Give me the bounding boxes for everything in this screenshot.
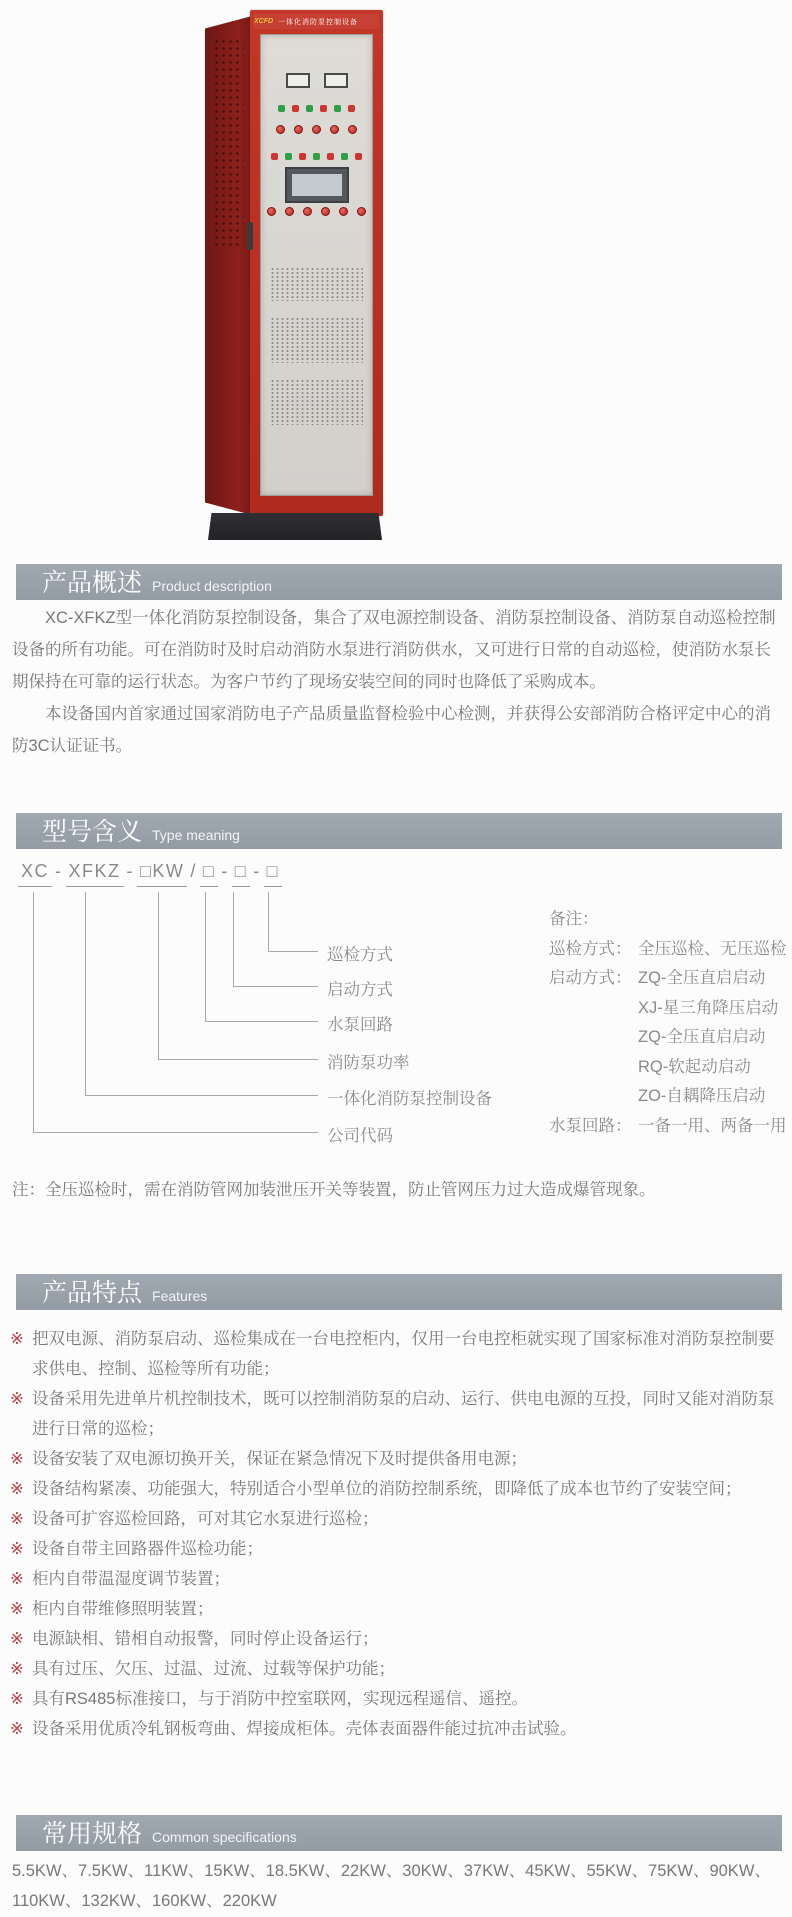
reference-mark-icon: ※ xyxy=(10,1324,24,1354)
remarks-row: 备注： xyxy=(549,905,787,935)
section-header-type-meaning: 型号含义 Type meaning xyxy=(16,813,782,849)
feature-item: ※设备可扩容巡检回路，可对其它水泵进行巡检； xyxy=(10,1504,784,1534)
specifications-text: 5.5KW、7.5KW、11KW、15KW、18.5KW、22KW、30KW、3… xyxy=(12,1856,786,1916)
section-title-cn: 产品特点 xyxy=(42,1277,142,1309)
remarks-value: ZQ-全压直启启动 xyxy=(638,1028,765,1046)
cabinet-base xyxy=(208,513,382,540)
model-code-separator: - xyxy=(52,861,66,882)
feature-item: ※设备采用优质冷轧钢板弯曲、焊接成柜体。壳体表面器件能过抗冲击试验。 xyxy=(10,1714,784,1744)
cabinet-title-text: 一体化消防泵控制设备 xyxy=(278,17,358,27)
diagram-connector-line xyxy=(33,892,318,1133)
remarks-label: 巡检方式： xyxy=(549,935,638,965)
remarks-row: 水泵回路：一备一用、两备一用 xyxy=(549,1112,787,1142)
diagram-label: 水泵回路 xyxy=(327,1011,393,1035)
indicator-lights-row xyxy=(261,153,372,160)
remarks-value: 全压巡检、无压巡检 xyxy=(638,940,787,958)
remarks-block: 备注： 巡检方式：全压巡检、无压巡检 启动方式：ZQ-全压直启启动 XJ-星三角… xyxy=(549,905,787,1141)
door-handle xyxy=(247,222,253,250)
model-code-separator: / xyxy=(187,861,200,882)
feature-text: 具有过压、欠压、过温、过流、过载等保护功能； xyxy=(32,1660,395,1678)
remarks-row: RQ-软起动启动 xyxy=(549,1053,787,1083)
section-title-cn: 常用规格 xyxy=(42,1818,142,1850)
section-title-en: Type meaning xyxy=(152,827,240,843)
remarks-row: ZO-自耦降压启动 xyxy=(549,1082,787,1112)
feature-text: 设备可扩容巡检回路，可对其它水泵进行巡检； xyxy=(32,1510,379,1528)
feature-item: ※柜内自带温湿度调节装置； xyxy=(10,1564,784,1594)
vent-grille xyxy=(270,317,363,363)
feature-item: ※具有RS485标准接口，与于消防中控室联网，实现远程遥信、遥控。 xyxy=(10,1684,784,1714)
section-title-en: Features xyxy=(152,1288,207,1304)
model-code-separator: - xyxy=(218,861,232,882)
section-header-overview: 产品概述 Product description xyxy=(16,564,782,600)
reference-mark-icon: ※ xyxy=(10,1654,24,1684)
remarks-row: XJ-星三角降压启动 xyxy=(549,994,787,1024)
brand-logo: XCFD xyxy=(254,18,273,25)
feature-item: ※电源缺相、错相自动报警，同时停止设备运行； xyxy=(10,1624,784,1654)
overview-paragraph: XC-XFKZ型一体化消防泵控制设备，集合了双电源控制设备、消防泵控制设备、消防… xyxy=(12,602,784,698)
diagram-label: 消防泵功率 xyxy=(327,1049,410,1073)
reference-mark-icon: ※ xyxy=(10,1534,24,1564)
remarks-row: ZQ-全压直启启动 xyxy=(549,1023,787,1053)
reference-mark-icon: ※ xyxy=(10,1594,24,1624)
model-code-segment: XFKZ xyxy=(66,861,124,887)
diagram-label: 一体化消防泵控制设备 xyxy=(327,1085,492,1109)
feature-text: 把双电源、消防泵启动、巡检集成在一台电控柜内，仅用一台电控柜就实现了国家标准对消… xyxy=(32,1330,775,1378)
feature-item: ※柜内自带维修照明装置； xyxy=(10,1594,784,1624)
feature-item: ※设备结构紧凑、功能强大，特别适合小型单位的消防控制系统，即降低了成本也节约了安… xyxy=(10,1474,784,1504)
cabinet-header-strip: XCFD 一体化消防泵控制设备 xyxy=(254,14,379,29)
overview-paragraphs: XC-XFKZ型一体化消防泵控制设备，集合了双电源控制设备、消防泵控制设备、消防… xyxy=(12,602,784,762)
section-title-cn: 型号含义 xyxy=(42,816,142,848)
remarks-value: ZQ-全压直启启动 xyxy=(638,969,765,987)
reference-mark-icon: ※ xyxy=(10,1504,24,1534)
cabinet-door xyxy=(260,34,373,496)
remarks-label: 备注： xyxy=(549,905,638,935)
reference-mark-icon: ※ xyxy=(10,1714,24,1744)
model-code-segment: □ xyxy=(232,861,250,887)
feature-text: 设备采用优质冷轧钢板弯曲、焊接成柜体。壳体表面器件能过抗冲击试验。 xyxy=(32,1720,577,1738)
diagram-label: 启动方式 xyxy=(327,976,393,1000)
vent-grille xyxy=(270,267,363,301)
section-title-cn: 产品概述 xyxy=(42,567,142,599)
meter-windows xyxy=(261,73,372,88)
section-header-features: 产品特点 Features xyxy=(16,1274,782,1310)
indicator-lights-row xyxy=(261,105,372,112)
remarks-value: 一备一用、两备一用 xyxy=(638,1117,787,1135)
feature-text: 设备采用先进单片机控制技术，既可以控制消防泵的启动、运行、供电电源的互投，同时又… xyxy=(32,1390,775,1438)
remarks-row: 启动方式：ZQ-全压直启启动 xyxy=(549,964,787,994)
vent-grille xyxy=(270,379,363,425)
section-title-en: Common specifications xyxy=(152,1829,297,1845)
cabinet-side-panel xyxy=(205,16,252,515)
feature-item: ※设备自带主回路器件巡检功能； xyxy=(10,1534,784,1564)
overview-paragraph: 本设备国内首家通过国家消防电子产品质量监督检验中心检测，并获得公安部消防合格评定… xyxy=(12,698,784,762)
remarks-label: 启动方式： xyxy=(549,964,638,994)
reference-mark-icon: ※ xyxy=(10,1624,24,1654)
feature-text: 具有RS485标准接口，与于消防中控室联网，实现远程遥信、遥控。 xyxy=(32,1690,528,1708)
feature-text: 设备安装了双电源切换开关，保证在紧急情况下及时提供备用电源； xyxy=(32,1450,527,1468)
pushbutton-row xyxy=(261,207,372,216)
section-header-specifications: 常用规格 Common specifications xyxy=(16,1815,782,1851)
model-code-segment: □ xyxy=(200,861,218,887)
feature-item: ※具有过压、欠压、过温、过流、过载等保护功能； xyxy=(10,1654,784,1684)
model-code-separator: - xyxy=(250,861,264,882)
product-datasheet-page: XCFD 一体化消防泵控制设备 产品概述 Product description… xyxy=(0,0,792,1917)
model-code-diagram: XC-XFKZ-□KW/□-□-□ 巡检方式 启动方式 水泵回路 消防泵功率 一… xyxy=(0,853,792,1183)
diagram-label: 公司代码 xyxy=(327,1122,393,1146)
remarks-label: 水泵回路： xyxy=(549,1112,638,1142)
remarks-value: XJ-星三角降压启动 xyxy=(638,999,778,1017)
feature-item: ※设备安装了双电源切换开关，保证在紧急情况下及时提供备用电源； xyxy=(10,1444,784,1474)
reference-mark-icon: ※ xyxy=(10,1444,24,1474)
diagram-label: 巡检方式 xyxy=(327,941,393,965)
type-meaning-note: 注：全压巡检时，需在消防管网加装泄压开关等装置，防止管网压力过大造成爆管现象。 xyxy=(12,1176,784,1200)
reference-mark-icon: ※ xyxy=(10,1564,24,1594)
section-title-en: Product description xyxy=(152,578,272,594)
reference-mark-icon: ※ xyxy=(10,1384,24,1414)
feature-text: 设备自带主回路器件巡检功能； xyxy=(32,1540,263,1558)
remarks-value: ZO-自耦降压启动 xyxy=(638,1087,765,1105)
feature-text: 电源缺相、错相自动报警，同时停止设备运行； xyxy=(32,1630,379,1648)
feature-text: 柜内自带维修照明装置； xyxy=(32,1600,214,1618)
model-code: XC-XFKZ-□KW/□-□-□ xyxy=(18,861,282,887)
control-screen xyxy=(285,167,349,203)
model-code-segment: XC xyxy=(18,861,52,887)
feature-item: ※设备采用先进单片机控制技术，既可以控制消防泵的启动、运行、供电电源的互投，同时… xyxy=(10,1384,784,1444)
feature-text: 柜内自带温湿度调节装置； xyxy=(32,1570,230,1588)
product-photo: XCFD 一体化消防泵控制设备 xyxy=(205,10,383,540)
cabinet-front: XCFD 一体化消防泵控制设备 xyxy=(250,10,383,516)
reference-mark-icon: ※ xyxy=(10,1684,24,1714)
reference-mark-icon: ※ xyxy=(10,1474,24,1504)
pushbutton-row xyxy=(261,125,372,134)
remarks-row: 巡检方式：全压巡检、无压巡检 xyxy=(549,935,787,965)
model-code-segment: □KW xyxy=(137,861,187,887)
features-list: ※把双电源、消防泵启动、巡检集成在一台电控柜内，仅用一台电控柜就实现了国家标准对… xyxy=(10,1324,784,1744)
model-code-separator: - xyxy=(124,861,138,882)
feature-text: 设备结构紧凑、功能强大，特别适合小型单位的消防控制系统，即降低了成本也节约了安装… xyxy=(32,1480,742,1498)
feature-item: ※把双电源、消防泵启动、巡检集成在一台电控柜内，仅用一台电控柜就实现了国家标准对… xyxy=(10,1324,784,1384)
model-code-segment: □ xyxy=(264,861,282,887)
remarks-value: RQ-软起动启动 xyxy=(638,1058,751,1076)
